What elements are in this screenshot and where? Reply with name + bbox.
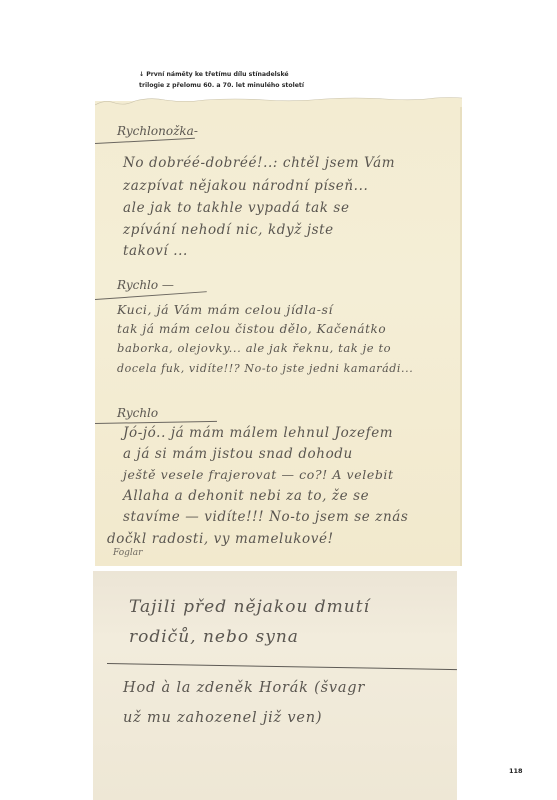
handwritten-line: Tajili před nějakou dmutí [129,599,370,616]
handwritten-line: docela fuk, vidíte!!? No-to jste jedni k… [117,363,413,374]
handwritten-line: už mu zahozenel již ven) [123,711,322,726]
page-number: 118 [509,767,523,775]
heading-underline [95,138,195,144]
handwritten-line: zazpívat nějakou národní píseň... [123,180,368,194]
handwritten-line: rodičů, nebo syna [129,629,299,646]
heading-underline [95,291,207,300]
handwritten-line: No dobréé-dobréé!..: chtěl jsem Vám [123,157,395,171]
caption-line-1: ↓První náměty ke třetímu dílu stínadelsk… [139,70,399,81]
signature: Foglar [113,549,142,558]
handwritten-line: stavíme — vidíte!!! No-to jsem se znás [123,511,408,525]
manuscript-sheet-1: Rychlonožka- No dobréé-dobréé!..: chtěl … [95,101,462,566]
manuscript-sheet-2: Tajili před nějakou dmutí rodičů, nebo s… [93,571,457,800]
handwritten-line: takoví ... [123,245,188,259]
handwritten-line: ještě vesele frajerovat — co?! A velebit [123,469,394,482]
handwritten-line: dočkl radosti, vy mamelukové! [107,533,334,547]
section-heading-2: Rychlo — [117,279,174,291]
torn-edge [95,97,462,107]
heading-underline [95,421,217,424]
section-heading-1: Rychlonožka- [117,125,198,137]
figure-caption: ↓První náměty ke třetímu dílu stínadelsk… [139,70,399,91]
handwritten-line: Hod à la zdeněk Horák (švagr [123,681,365,696]
section-heading-3: Rychlo [117,407,158,419]
handwritten-line: tak já mám celou čistou dělo, Kačenátko [117,323,386,335]
handwritten-line: Kuci, já Vám mám celou jídla-sí [117,304,333,317]
handwritten-line: Allaha a dehonit nebi za to, že se [123,490,369,504]
caption-line-2: trilogie z přelomu 60. a 70. let minuléh… [139,81,399,92]
handwritten-line: Jó-jó.. já mám málem lehnul Jozefem [123,427,393,441]
handwritten-line: a já si mám jistou snad dohodu [123,448,353,462]
handwritten-line: ale jak to takhle vypadá tak se [123,202,350,216]
handwritten-line: baborka, olejovky... ale jak řeknu, tak … [117,343,391,355]
handwritten-line: zpívání nehodí nic, když jste [123,224,334,238]
arrow-down-icon: ↓ [139,71,144,78]
section-divider-line [107,663,457,670]
